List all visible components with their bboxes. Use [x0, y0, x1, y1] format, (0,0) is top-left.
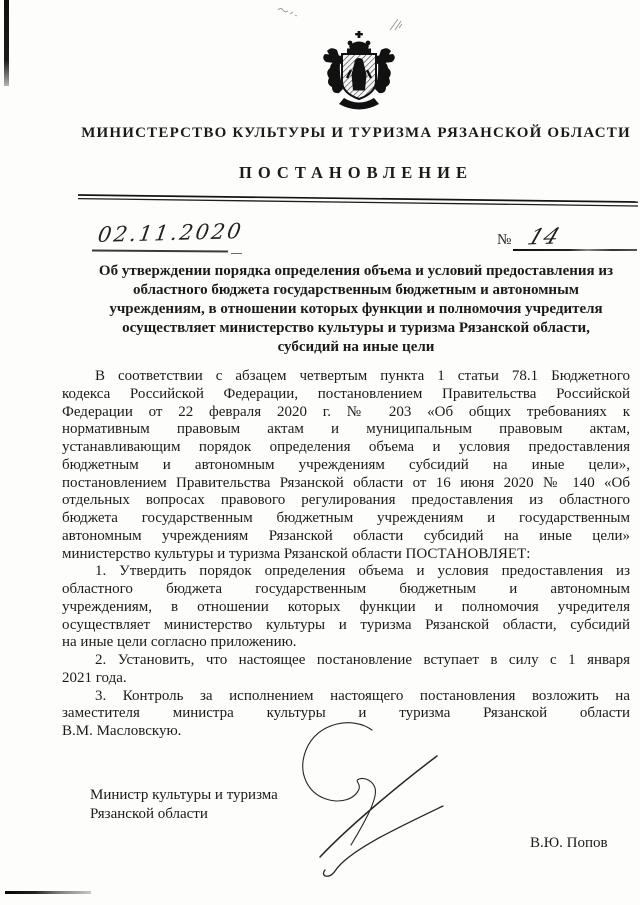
- text-line: автономным учреждениям Рязанской области…: [62, 528, 630, 546]
- signatory-position-line1: Министр культуры и туризма: [90, 786, 278, 805]
- text-line: Об утверждении порядка определения объем…: [76, 262, 636, 281]
- scan-artifact-bar: [4, 0, 9, 86]
- text-line: В соответствии с абзацем четвертым пункт…: [62, 368, 630, 386]
- ministry-name: МИНИСТЕРСТВО КУЛЬТУРЫ И ТУРИЗМА РЯЗАНСКО…: [76, 125, 636, 142]
- text-line: на иные цели согласно приложению.: [62, 634, 630, 652]
- text-line: Федерации от 22 февраля 2020 г. № 203 «О…: [62, 404, 630, 422]
- scan-artifact-line: [5, 891, 91, 894]
- text-line: 2. Установить, что настоящее постановлен…: [62, 652, 630, 670]
- number-sign: №: [497, 232, 511, 249]
- text-line: субсидий на иные цели: [76, 338, 636, 357]
- paragraph-preamble: В соответствии с абзацем четвертым пункт…: [62, 368, 630, 563]
- paragraph-item-2: 2. Установить, что настоящее постановлен…: [62, 652, 630, 688]
- text-line: областного бюджета государственным бюдже…: [76, 281, 636, 300]
- number-handwritten: 14: [524, 224, 564, 250]
- text-line: 3. Контроль за исполнением настоящего по…: [62, 688, 630, 706]
- paragraph-item-1: 1. Утвердить порядок определения объема …: [62, 563, 630, 652]
- text-line: кодекса Российской Федерации, постановле…: [62, 386, 630, 404]
- text-line: постановлением Правительства Рязанской о…: [62, 475, 630, 493]
- document-type-heading: ПОСТАНОВЛЕНИЕ: [76, 163, 636, 183]
- text-line: бюджета государственным бюджетным учрежд…: [62, 510, 630, 528]
- date-underline-mark: [231, 253, 242, 254]
- text-line: областного бюджета государственным бюдже…: [62, 581, 630, 599]
- date-handwritten: 02.11.2020: [96, 219, 245, 247]
- text-line: осуществляет министерство культуры и тур…: [62, 617, 630, 635]
- text-line: 1. Утвердить порядок определения объема …: [62, 563, 630, 581]
- text-line: учреждениям, в отношении которых функции…: [76, 300, 636, 319]
- text-line: бюджетным и автономным учреждениям субси…: [62, 457, 630, 475]
- text-line: нормативным правовым актам и муниципальн…: [62, 421, 630, 439]
- date-underline: [92, 250, 228, 253]
- document-body: В соответствии с абзацем четвертым пункт…: [62, 368, 630, 741]
- document-page: МИНИСТЕРСТВО КУЛЬТУРЫ И ТУРИЗМА РЯЗАНСКО…: [0, 0, 640, 905]
- document-title: Об утверждении порядка определения объем…: [76, 262, 636, 357]
- scan-artifact-smudge: [276, 6, 302, 20]
- text-line: отдельных вопросах правового регулирован…: [62, 492, 630, 510]
- signatory-name: В.Ю. Попов: [530, 835, 608, 852]
- ryazan-coat-of-arms-icon: [317, 30, 401, 114]
- signatory-position-line2: Рязанской области: [90, 805, 278, 824]
- signatory-position: Министр культуры и туризма Рязанской обл…: [90, 786, 278, 823]
- text-line: министерство культуры и туризма Рязанско…: [62, 546, 630, 564]
- double-rule: [72, 190, 638, 212]
- text-line: устанавливающим порядок определения объе…: [62, 439, 630, 457]
- text-line: осуществляет министерство культуры и тур…: [76, 319, 636, 338]
- text-line: учреждениям, в отношении которых функции…: [62, 599, 630, 617]
- minister-signature: [293, 708, 453, 880]
- text-line: 2021 года.: [62, 670, 630, 688]
